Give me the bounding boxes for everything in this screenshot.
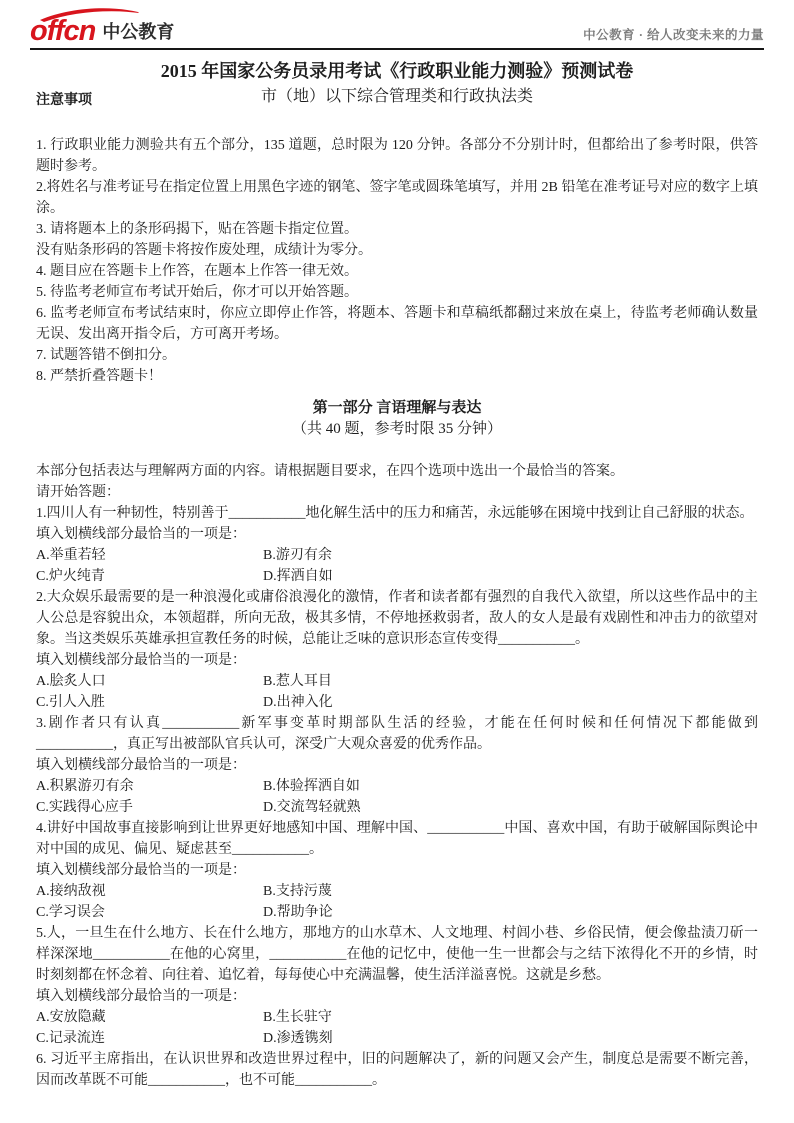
section-subtitle: （共 40 题，参考时限 35 分钟） bbox=[36, 419, 758, 440]
option-c: C.引人入胜 bbox=[36, 692, 263, 713]
begin-instruction: 请开始答题： bbox=[36, 482, 758, 503]
question-prompt: 填入划横线部分最恰当的一项是： bbox=[36, 986, 758, 1007]
question-prompt: 填入划横线部分最恰当的一项是： bbox=[36, 524, 758, 545]
option-d: D.挥洒自如 bbox=[263, 566, 758, 587]
offcn-logo: offcn 中公教育 bbox=[30, 16, 174, 46]
option-row: A.脍炙人口 B.惹人耳目 bbox=[36, 671, 758, 692]
option-row: A.积累游刃有余 B.体验挥洒自如 bbox=[36, 776, 758, 797]
option-b: B.游刃有余 bbox=[263, 545, 758, 566]
option-a: A.积累游刃有余 bbox=[36, 776, 263, 797]
notice-item: 7. 试题答错不倒扣分。 bbox=[36, 345, 758, 366]
exam-title: 2015 年国家公务员录用考试《行政职业能力测验》预测试卷 bbox=[0, 59, 794, 83]
option-row: A.安放隐藏 B.生长驻守 bbox=[36, 1007, 758, 1028]
header-rule bbox=[30, 48, 764, 50]
question-block: 2.大众娱乐最需要的是一种浪漫化或庸俗浪漫化的激情，作者和读者都有强烈的自我代入… bbox=[36, 587, 758, 713]
notice-item: 8. 严禁折叠答题卡！ bbox=[36, 366, 758, 387]
option-d: D.帮助争论 bbox=[263, 902, 758, 923]
option-c: C.学习误会 bbox=[36, 902, 263, 923]
question-block: 1.四川人有一种韧性，特别善于___________地化解生活中的压力和痛苦，永… bbox=[36, 503, 758, 587]
header-slogan: 中公教育 · 给人改变未来的力量 bbox=[583, 25, 764, 46]
exam-subtitle: 市（地）以下综合管理类和行政执法类 bbox=[0, 85, 794, 109]
question-stem: 2.大众娱乐最需要的是一种浪漫化或庸俗浪漫化的激情，作者和读者都有强烈的自我代入… bbox=[36, 587, 758, 650]
option-row: C.实践得心应手 D.交流驾轻就熟 bbox=[36, 797, 758, 818]
option-c: C.记录流连 bbox=[36, 1028, 263, 1049]
logo-wordmark: offcn bbox=[30, 16, 95, 46]
notice-item: 5. 待监考老师宣布考试开始后，你才可以开始答题。 bbox=[36, 282, 758, 303]
question-stem: 3.剧作者只有认真___________新军事变革时期部队生活的经验，才能在任何… bbox=[36, 713, 758, 755]
option-b: B.生长驻守 bbox=[263, 1007, 758, 1028]
section-intro: 本部分包括表达与理解两方面的内容。请根据题目要求，在四个选项中选出一个最恰当的答… bbox=[36, 461, 758, 482]
option-b: B.惹人耳目 bbox=[263, 671, 758, 692]
option-row: C.引人入胜 D.出神入化 bbox=[36, 692, 758, 713]
option-row: C.记录流连 D.渗透镌刻 bbox=[36, 1028, 758, 1049]
swoosh-icon bbox=[38, 7, 142, 23]
option-b: B.体验挥洒自如 bbox=[263, 776, 758, 797]
notice-item: 4. 题目应在答题卡上作答，在题本上作答一律无效。 bbox=[36, 261, 758, 282]
option-d: D.交流驾轻就熟 bbox=[263, 797, 758, 818]
question-block: 5.人，一旦生在什么地方、长在什么地方，那地方的山水草木、人文地理、村闾小巷、乡… bbox=[36, 923, 758, 1049]
exam-document-page: offcn 中公教育 中公教育 · 给人改变未来的力量 2015 年国家公务员录… bbox=[0, 0, 794, 1123]
question-prompt: 填入划横线部分最恰当的一项是： bbox=[36, 650, 758, 671]
option-d: D.渗透镌刻 bbox=[263, 1028, 758, 1049]
option-a: A.脍炙人口 bbox=[36, 671, 263, 692]
document-body: 1. 行政职业能力测验共有五个部分，135 道题，总时限为 120 分钟。各部分… bbox=[36, 135, 758, 1091]
question-stem: 1.四川人有一种韧性，特别善于___________地化解生活中的压力和痛苦，永… bbox=[36, 503, 758, 524]
option-b: B.支持污蔑 bbox=[263, 881, 758, 902]
question-stem: 6. 习近平主席指出，在认识世界和改造世界过程中，旧的问题解决了，新的问题又会产… bbox=[36, 1049, 758, 1091]
option-a: A.安放隐藏 bbox=[36, 1007, 263, 1028]
page-header: offcn 中公教育 中公教育 · 给人改变未来的力量 bbox=[30, 10, 764, 46]
option-c: C.炉火纯青 bbox=[36, 566, 263, 587]
option-a: A.举重若轻 bbox=[36, 545, 263, 566]
notice-item: 没有贴条形码的答题卡将按作废处理，成绩计为零分。 bbox=[36, 240, 758, 261]
question-prompt: 填入划横线部分最恰当的一项是： bbox=[36, 860, 758, 881]
option-row: C.学习误会 D.帮助争论 bbox=[36, 902, 758, 923]
option-a: A.接纳敌视 bbox=[36, 881, 263, 902]
question-block: 6. 习近平主席指出，在认识世界和改造世界过程中，旧的问题解决了，新的问题又会产… bbox=[36, 1049, 758, 1091]
notice-heading: 注意事项 bbox=[36, 92, 92, 110]
option-c: C.实践得心应手 bbox=[36, 797, 263, 818]
question-prompt: 填入划横线部分最恰当的一项是： bbox=[36, 755, 758, 776]
notice-item: 3. 请将题本上的条形码揭下，贴在答题卡指定位置。 bbox=[36, 219, 758, 240]
question-block: 3.剧作者只有认真___________新军事变革时期部队生活的经验，才能在任何… bbox=[36, 713, 758, 818]
notice-item: 2.将姓名与准考证号在指定位置上用黑色字迹的钢笔、签字笔或圆珠笔填写，并用 2B… bbox=[36, 177, 758, 219]
option-row: C.炉火纯青 D.挥洒自如 bbox=[36, 566, 758, 587]
question-block: 4.讲好中国故事直接影响到让世界更好地感知中国、理解中国、___________… bbox=[36, 818, 758, 923]
question-stem: 5.人，一旦生在什么地方、长在什么地方，那地方的山水草木、人文地理、村闾小巷、乡… bbox=[36, 923, 758, 986]
option-d: D.出神入化 bbox=[263, 692, 758, 713]
subtitle-row: 市（地）以下综合管理类和行政执法类 注意事项 bbox=[0, 85, 794, 109]
question-stem: 4.讲好中国故事直接影响到让世界更好地感知中国、理解中国、___________… bbox=[36, 818, 758, 860]
option-row: A.接纳敌视 B.支持污蔑 bbox=[36, 881, 758, 902]
notice-item: 6. 监考老师宣布考试结束时，你应立即停止作答，将题本、答题卡和草稿纸都翻过来放… bbox=[36, 303, 758, 345]
notice-list: 1. 行政职业能力测验共有五个部分，135 道题，总时限为 120 分钟。各部分… bbox=[36, 135, 758, 387]
section-title: 第一部分 言语理解与表达 bbox=[36, 398, 758, 419]
notice-item: 1. 行政职业能力测验共有五个部分，135 道题，总时限为 120 分钟。各部分… bbox=[36, 135, 758, 177]
option-row: A.举重若轻 B.游刃有余 bbox=[36, 545, 758, 566]
